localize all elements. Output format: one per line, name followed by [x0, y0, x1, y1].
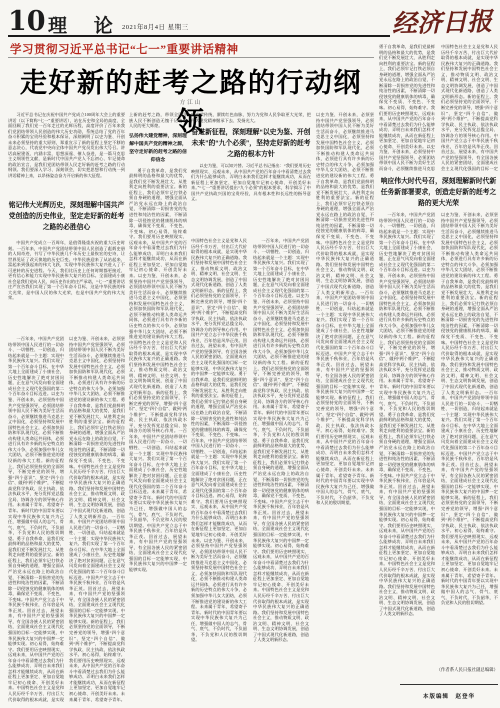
section-title: 理 论: [48, 11, 124, 38]
section-heading-3: 奋进新征程，深刻理解“以史为鉴、开创未来”的“九个必须”，坚持走好新的赶考之路的…: [191, 123, 311, 163]
theme-banner: 学习贯彻习近平总书记“七一”重要讲话精神: [10, 41, 376, 57]
footer-rule: [400, 684, 498, 685]
middle-tail-text: 的光荣传统、赓续红色血脉，努力为党和人民争取更大光荣，把伟大建党精神继承下去、发…: [191, 112, 311, 123]
masthead-logo: 经济日报: [392, 2, 493, 41]
section-heading-1: 铭记伟大光辉历史，深刻理解中国共产党创造的历史伟业，坚定走好新的赶考之路的必胜信…: [8, 200, 125, 236]
middle-body-text: 以史为鉴，可以知兴替。习近平总书记指出：“我们要用历史映照现实、远观未来，从中国…: [191, 163, 311, 234]
column-3-body-text: 勇于自我革命，是我们党最鲜明的品格和最大的优势，是我们党不断发展壮大、从胜利走向…: [129, 168, 187, 702]
section-heading-4: 响应伟大时代号召，深刻理解新时代新任务新部署要求，创造走好新的赶考之路的更大光荣: [379, 176, 498, 208]
text-column-2: 以史为鉴、开创未来，必须坚持中国共产党坚强领导，必须团结带领中国人民不断为美好生…: [69, 336, 125, 702]
editor-label: 本版编辑: [423, 694, 449, 700]
page-number: 10: [8, 6, 46, 37]
banner-rule: [8, 57, 374, 58]
author-attribution: （作者系人民日报社副总编辑）: [420, 667, 498, 673]
header-rule: [8, 35, 390, 37]
text-column-4: 中国特色社会主义是党和人民历经千辛万苦、付出巨大代价取得的根本成就，是实现中华民…: [191, 238, 247, 702]
newspaper-page: 10 理 论 2021年8月4日 星期三 经济日报 学习贯彻习近平总书记“七一”…: [0, 0, 500, 708]
date-line: 2021年8月4日 星期三: [122, 22, 189, 31]
text-column-8-top: 中国特色社会主义是党和人民历经千辛万苦、付出巨大代价取得的根本成就，是实现中华民…: [441, 44, 498, 172]
intro-paragraph: 习近平总书记在庆祝中国共产党成立100周年大会上的重要讲话（以下简称“七一”重要…: [8, 112, 125, 196]
paragraph-block-a: 中国共产党成立一百周年，是值得隆重庆祝的重大历史时刻。一百年来，中国共产党团结带…: [8, 240, 125, 332]
text-column-7-top: 勇于自我革命，是我们党最鲜明的品格和最大的优势，是我们党不断发展壮大、从胜利走向…: [379, 44, 435, 172]
text-column-6: 以史为鉴、开创未来，必须坚持中国共产党坚强领导，必须团结带领中国人民不断为美好生…: [316, 112, 374, 702]
column-3-tail-text: 上新的赶考之路，带领全国各族人民不断创造无愧于历史和人民的更大辉煌。: [129, 112, 187, 129]
section-heading-2: 弘扬伟大建党精神，深刻理解中国共产党的精神之源，坚守走好新的赶考之路的信仰信念: [129, 129, 187, 168]
article-author: 方江山: [8, 98, 374, 106]
text-column-8-bottom: 以史为鉴、开创未来，必须坚持中国共产党坚强领导，必须团结带领中国人民不断为美好生…: [441, 212, 498, 662]
page-editor-line: 本版编辑 赵登华: [400, 692, 498, 700]
text-column-7-bottom: 一百年来，中国共产党团结带领中国人民进行的一切奋斗、一切牺牲、一切创造，归结起来…: [379, 212, 435, 702]
text-column-5: 一百年来，中国共产党团结带领中国人民进行的一切奋斗、一切牺牲、一切创造，归结起来…: [253, 238, 309, 702]
text-column-1: 一百年来，中国共产党团结带领中国人民进行的一切奋斗、一切牺牲、一切创造，归结起来…: [8, 336, 64, 702]
text-column-3: 上新的赶考之路，带领全国各族人民不断创造无愧于历史和人民的更大辉煌。 弘扬伟大建…: [129, 112, 187, 702]
editor-name: 赵登华: [455, 694, 475, 700]
middle-heading-region: 的光荣传统、赓续红色血脉，努力为党和人民争取更大光荣，把伟大建党精神继承下去、发…: [191, 112, 311, 234]
